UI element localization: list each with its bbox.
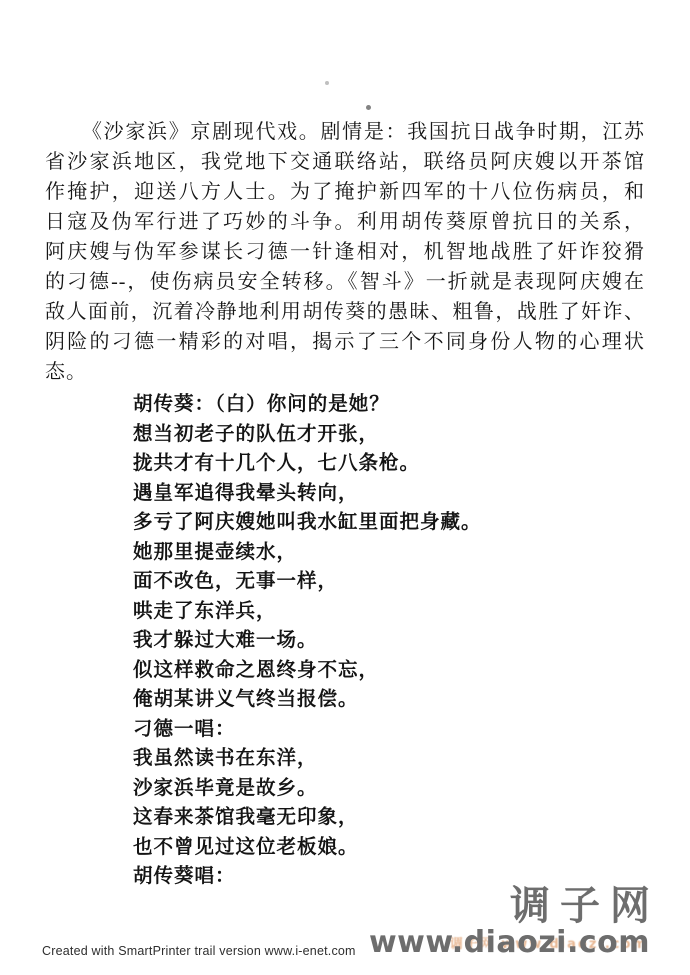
verse-line: 拢共才有十几个人，七八条枪。: [133, 449, 603, 479]
intro-line: 阿庆嫂与伪军参谋长刁德一针逢相对，机智地战胜了奸诈狡猾: [45, 237, 645, 267]
intro-line: 《沙家浜》京剧现代戏。剧情是：我国抗日战争时期，江苏: [45, 117, 645, 147]
verse-line: 俺胡某讲义气终当报偿。: [133, 685, 603, 715]
verse-text: 哄走了东洋兵，: [133, 601, 277, 622]
watermark-site-url: www.diaozi.com: [369, 928, 650, 958]
verse-line: 多亏了阿庆嫂她叫我水缸里面把身藏。: [133, 508, 603, 538]
intro-line: 阴险的刁德一精彩的对唱，揭示了三个不同身份人物的心理状: [45, 327, 645, 357]
intro-line: 省沙家浜地区，我党地下交通联络站，联络员阿庆嫂以开茶馆: [45, 147, 645, 177]
verse-line: 这春来茶馆我毫无印象，: [133, 803, 603, 833]
dialogue-block: 胡传葵：（白）你问的是她？ 想当初老子的队伍才开张， 拢共才有十几个人，七八条枪…: [133, 390, 603, 892]
verse-line: 她那里提壶续水，: [133, 538, 603, 568]
speaker-label: 胡传葵唱：: [133, 866, 236, 887]
verse-line: 似这样救命之恩终身不忘，: [133, 656, 603, 686]
verse-text: 多亏了阿庆嫂她叫我水缸里面把身藏。: [133, 512, 482, 533]
verse-line: 遇皇军追得我晕头转向，: [133, 479, 603, 509]
scan-speck: [366, 105, 371, 110]
intro-line: 日寇及伪军行进了巧妙的斗争。利用胡传葵原曾抗日的关系，: [45, 207, 645, 237]
verse-text: （白）你问的是她？: [215, 394, 390, 415]
verse-line: 我虽然读书在东洋，: [133, 744, 603, 774]
verse-text: 这春来茶馆我毫无印象，: [133, 807, 359, 828]
smartprinter-credit: Created with SmartPrinter trail version …: [42, 944, 356, 958]
speaker-label: 刁德一唱：: [133, 719, 236, 740]
verse-text: 俺胡某讲义气终当报偿。: [133, 689, 359, 710]
verse-line: 我才躲过大难一场。: [133, 626, 603, 656]
verse-line: 刁德一唱：: [133, 715, 603, 745]
verse-line: 沙家浜毕竟是故乡。: [133, 774, 603, 804]
intro-line: 的刁德--，使伤病员安全转移。《智斗》一折就是表现阿庆嫂在: [45, 267, 645, 297]
verse-text: 我虽然读书在东洋，: [133, 748, 318, 769]
verse-line: 想当初老子的队伍才开张，: [133, 420, 603, 450]
intro-paragraph: 《沙家浜》京剧现代戏。剧情是：我国抗日战争时期，江苏 省沙家浜地区，我党地下交通…: [45, 117, 645, 387]
watermark-site-name: 调子网: [369, 886, 660, 926]
verse-text: 她那里提壶续水，: [133, 542, 297, 563]
scan-speck: [325, 81, 329, 85]
verse-line: 面不改色，无事一样，: [133, 567, 603, 597]
verse-line: 也不曾见过这位老板娘。: [133, 833, 603, 863]
verse-text: 想当初老子的队伍才开张，: [133, 424, 379, 445]
site-watermark: 调子网 www.diaozi.com 调子网 www.diaozi.com: [369, 886, 650, 958]
verse-text: 拢共才有十几个人，七八条枪。: [133, 453, 420, 474]
verse-line: 胡传葵：（白）你问的是她？: [133, 390, 603, 420]
verse-text: 我才躲过大难一场。: [133, 630, 318, 651]
speaker-label: 胡传葵：: [133, 394, 215, 415]
verse-text: 也不曾见过这位老板娘。: [133, 837, 359, 858]
verse-text: 沙家浜毕竟是故乡。: [133, 778, 318, 799]
scanned-document-page: 《沙家浜》京剧现代戏。剧情是：我国抗日战争时期，江苏 省沙家浜地区，我党地下交通…: [0, 0, 690, 975]
verse-text: 面不改色，无事一样，: [133, 571, 338, 592]
verse-text: 似这样救命之恩终身不忘，: [133, 660, 379, 681]
verse-line: 哄走了东洋兵，: [133, 597, 603, 627]
intro-line: 作掩护，迎送八方人士。为了掩护新四军的十八位伤病员，和: [45, 177, 645, 207]
intro-line: 态。: [45, 357, 645, 387]
intro-line: 敌人面前，沉着冷静地利用胡传葵的愚昧、粗鲁，战胜了奸诈、: [45, 297, 645, 327]
verse-text: 遇皇军追得我晕头转向，: [133, 483, 359, 504]
